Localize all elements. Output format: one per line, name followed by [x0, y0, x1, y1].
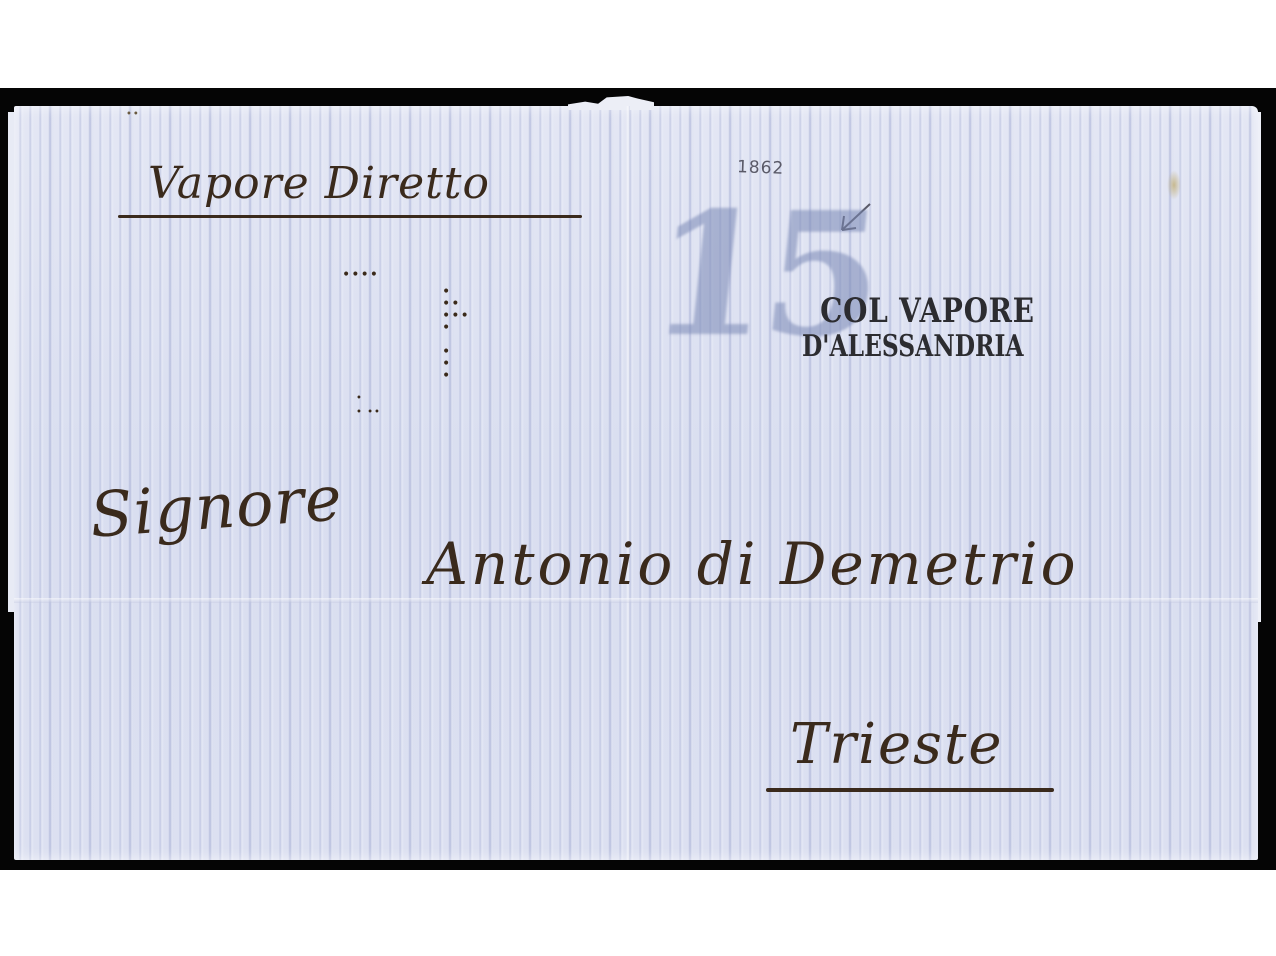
ink-spots: •• ••	[356, 392, 381, 420]
ink-spots: ••••••••••	[442, 286, 470, 382]
vertical-fold-line	[626, 106, 630, 860]
route-endorsement: Vapore Diretto	[148, 158, 490, 209]
route-endorsement-underline	[118, 215, 582, 218]
ship-cachet-line1: COL VAPORE	[802, 292, 1035, 330]
horizontal-fold-line	[14, 598, 1258, 603]
ink-spots: ••	[126, 108, 140, 122]
scan-stage: •••• •••••••••• •• •• •• Vapore Diretto …	[0, 0, 1276, 956]
address-recipient: Antonio di Demetrio	[426, 530, 1079, 598]
address-city-underline	[766, 788, 1054, 792]
ship-cachet: COL VAPORE D'ALESSANDRIA	[802, 292, 1086, 366]
ink-spots: ••••	[342, 268, 379, 282]
paper-stain	[1167, 170, 1181, 200]
ship-cachet-line2: D'ALESSANDRIA	[802, 328, 1024, 366]
address-city: Trieste	[790, 712, 1004, 777]
